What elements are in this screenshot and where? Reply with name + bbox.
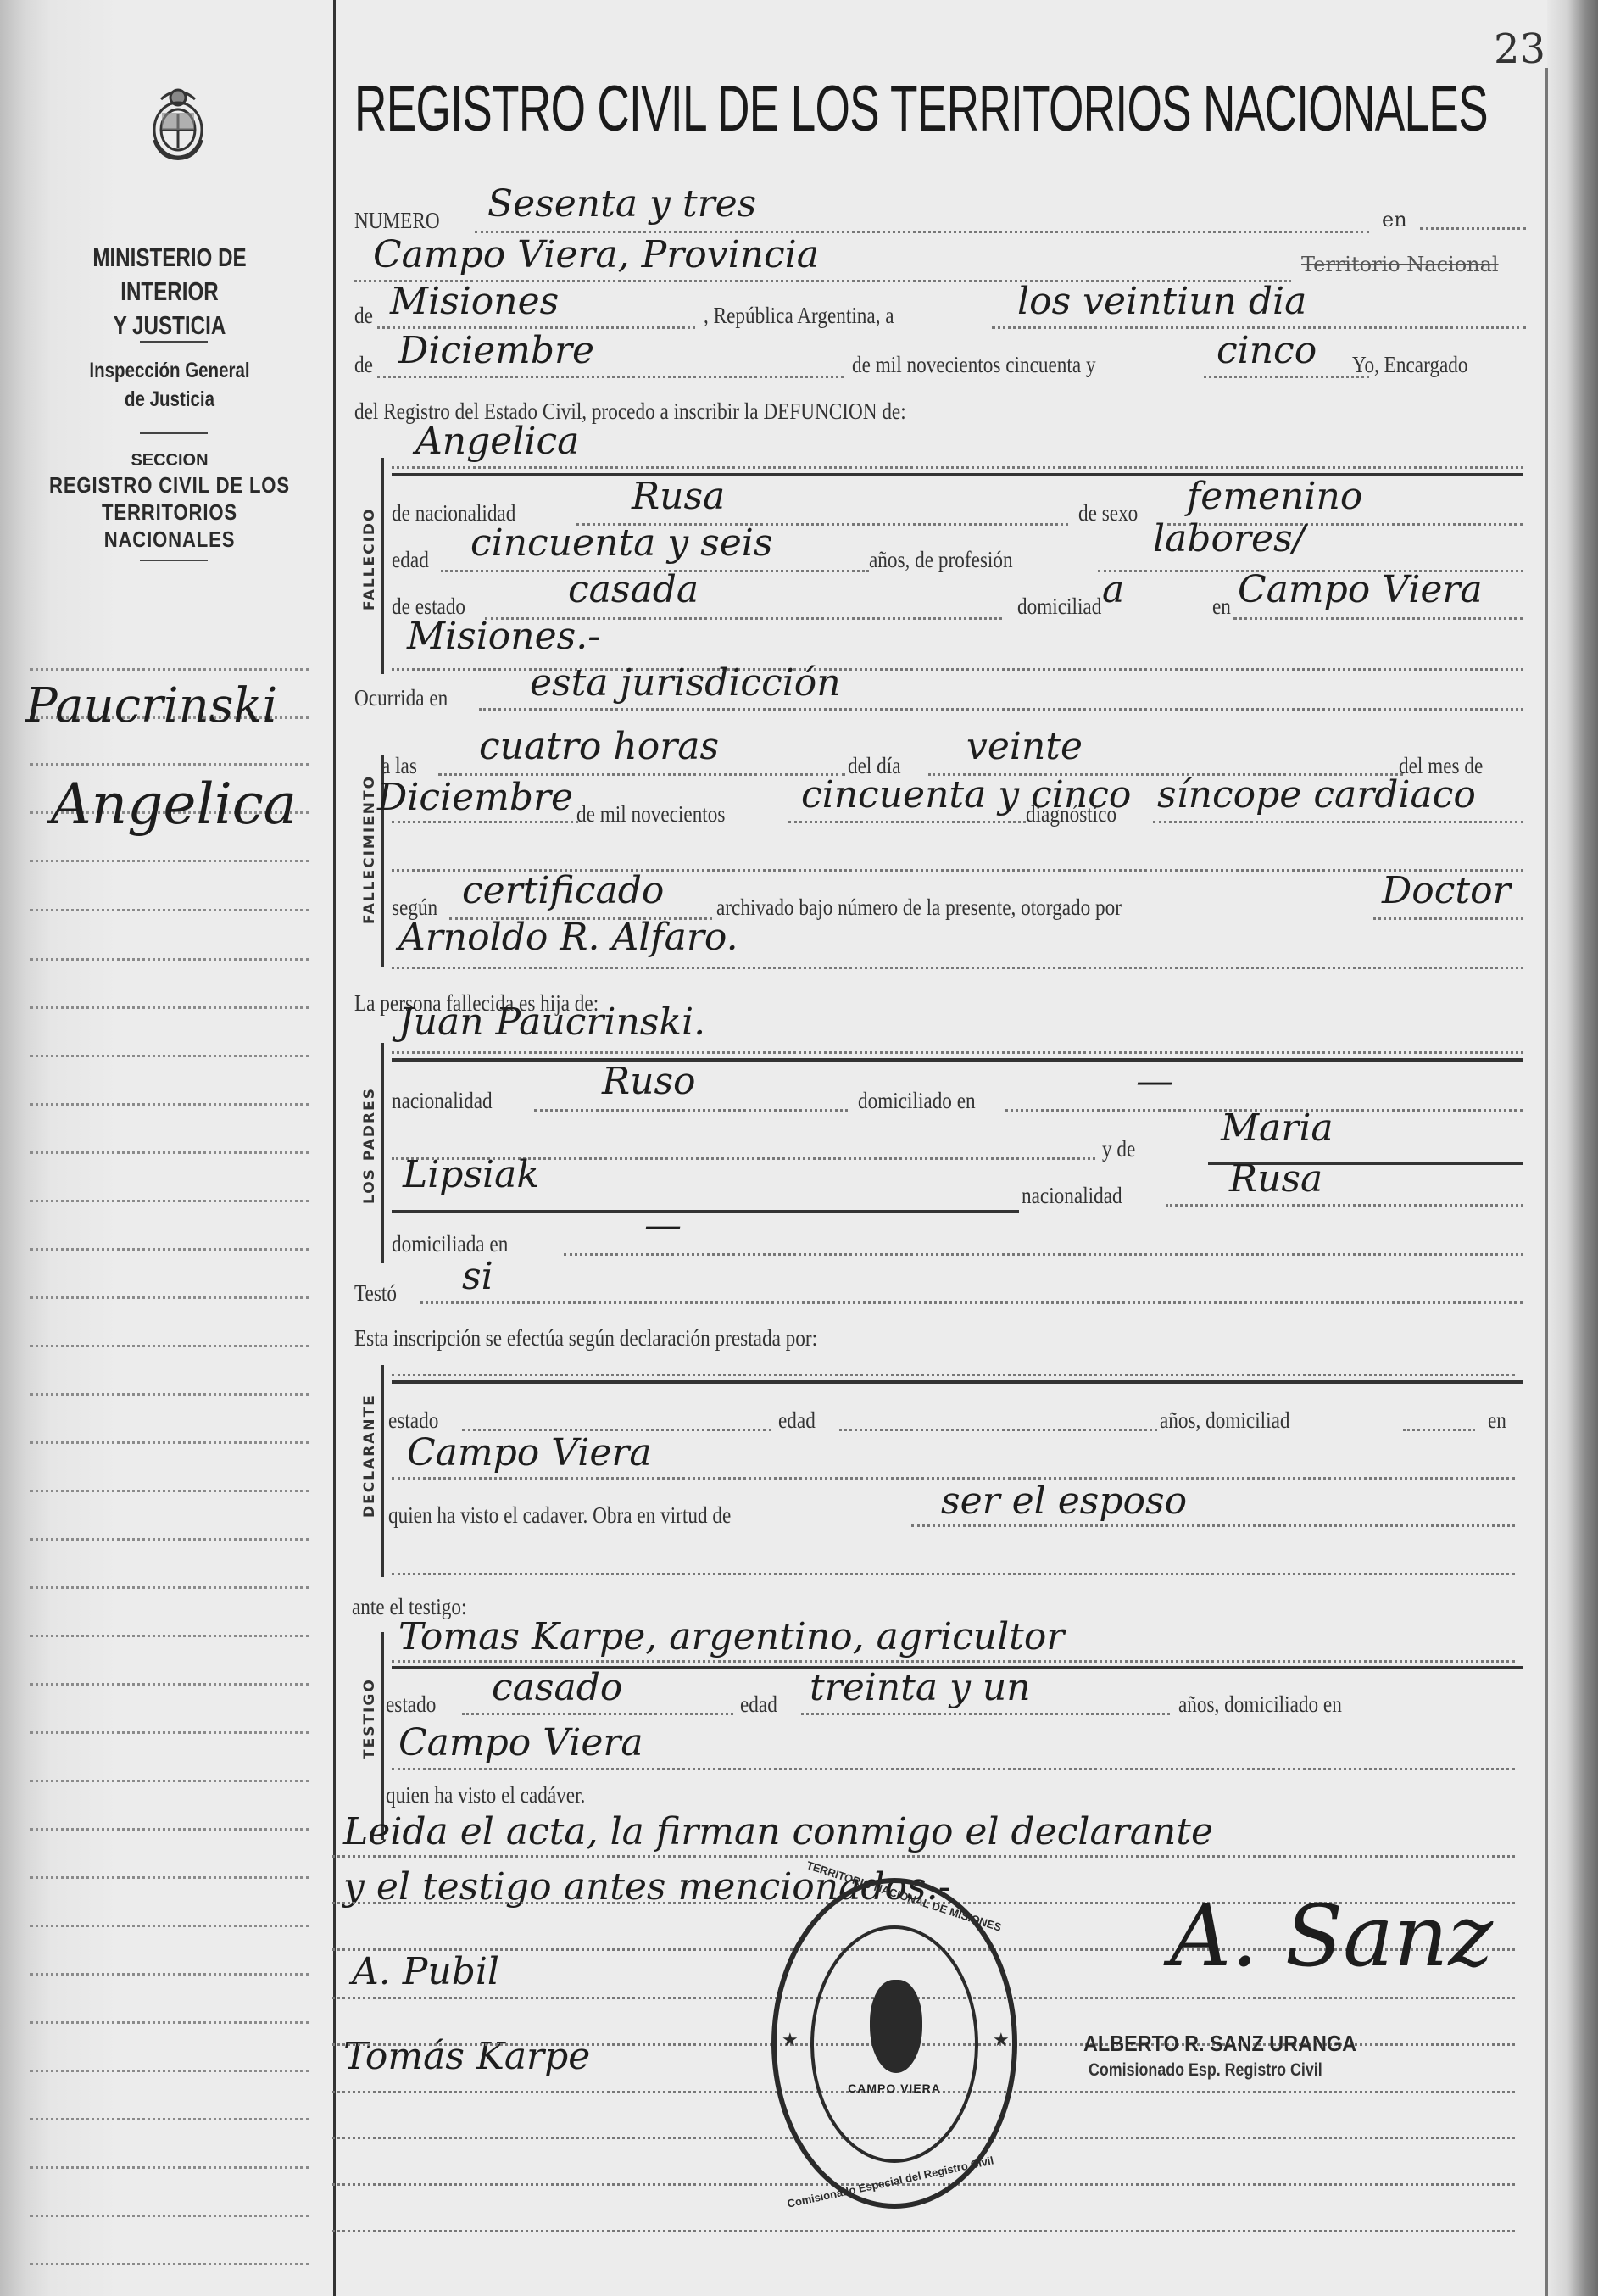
label-estado-testigo: estado <box>386 1691 436 1718</box>
value-domicilio-cont: Misiones.- <box>407 615 600 658</box>
margin-dotted-line <box>30 1248 309 1251</box>
margin-dotted-line <box>30 2021 309 2024</box>
seal-inner-ring: CAMPO VIERA <box>810 1925 978 2163</box>
value-madre-nacionalidad: Rusa <box>1229 1157 1322 1201</box>
ministry-line-2: Y JUSTICIA <box>57 309 281 343</box>
label-de-mil-novecientos: de mil novecientos <box>576 801 725 828</box>
value-anio: cinco <box>1217 329 1317 372</box>
value-cierre-1: Leida el acta, la firman conmigo el decl… <box>343 1810 1213 1853</box>
value-estado: casada <box>568 568 699 611</box>
label-edad-declarante: edad <box>778 1407 816 1434</box>
value-segun: certificado <box>462 869 664 912</box>
bracket <box>381 1043 384 1263</box>
signature-declarante: A. Pubil <box>352 1950 499 1993</box>
value-madre-domicilio: — <box>644 1204 682 1247</box>
field-line <box>420 1301 1523 1304</box>
label-diagnostico: diagnóstico <box>1026 801 1116 828</box>
label-anos-domiciliado-en: años, domiciliado en <box>1178 1691 1342 1718</box>
field-line <box>392 1573 1515 1575</box>
field-line <box>392 967 1523 969</box>
margin-dotted-line <box>30 1635 309 1637</box>
page-number: 23 <box>1494 25 1545 73</box>
margin-dotted-line <box>30 2070 309 2072</box>
margin-dotted-line <box>30 1538 309 1541</box>
margin-surname: Paucrinski <box>25 678 277 733</box>
field-line <box>839 1429 1157 1431</box>
death-certificate-page: MINISTERIO DE INTERIOR Y JUSTICIA Inspec… <box>0 0 1598 2296</box>
field-line <box>332 1855 1515 1858</box>
margin-dotted-line <box>30 1973 309 1976</box>
section-line-1: REGISTRO CIVIL DE LOS <box>47 471 292 499</box>
margin-dotted-line <box>30 2166 309 2169</box>
bracket <box>381 1365 384 1577</box>
label-anos-domiciliad: años, domiciliad <box>1160 1407 1289 1434</box>
label-en: en <box>1382 208 1407 231</box>
value-obra-en-virtud: ser el esposo <box>941 1480 1187 1523</box>
section-label: SECCION <box>25 449 314 471</box>
section-label-fallecimiento: FALLECIMIENTO <box>361 775 378 924</box>
label-estado-declarante: estado <box>388 1407 438 1434</box>
label-de-mil: de mil novecientos cincuenta y <box>852 352 1096 378</box>
margin-dotted-line <box>30 909 309 911</box>
value-nombre-fallecido: Angelica <box>415 420 579 463</box>
value-padre: Juan Paucrinski. <box>398 1000 705 1044</box>
margin-dotted-line <box>30 1055 309 1057</box>
margin-dotted-line <box>30 763 309 766</box>
field-line <box>534 1109 848 1112</box>
form-title: REGISTRO CIVIL DE LOS TERRITORIOS NACION… <box>354 72 1488 146</box>
margin-dotted-line <box>30 1828 309 1831</box>
value-ocurrida-en: esta jurisdicción <box>530 661 841 705</box>
value-provincia: Misiones <box>390 280 559 323</box>
label-archivado: archivado bajo número de la presente, ot… <box>716 894 1122 921</box>
value-otorgado-por: Doctor <box>1382 869 1511 912</box>
label-numero: NUMERO <box>354 208 440 234</box>
value-declarante-domicilio: Campo Viera <box>407 1431 652 1474</box>
column-divider-rule <box>333 0 336 2296</box>
label-anos-profesion: años, de profesión <box>869 547 1013 573</box>
label-y-de: y de <box>1102 1136 1135 1162</box>
margin-dotted-line <box>30 2118 309 2120</box>
value-profesion: labores/ <box>1153 517 1305 560</box>
field-line <box>392 821 578 823</box>
right-margin-rule <box>1545 68 1548 2296</box>
value-domiciliad-suffix: a <box>1102 568 1124 611</box>
label-nacionalidad-padre: nacionalidad <box>392 1088 493 1114</box>
field-line <box>462 1713 733 1715</box>
field-line <box>479 708 1523 711</box>
label-declaracion: Esta inscripción se efectúa según declar… <box>354 1325 817 1351</box>
margin-dotted-line <box>30 1103 309 1106</box>
label-yo-encargado: Yo, Encargado <box>1352 352 1468 378</box>
margin-dotted-line <box>30 1006 309 1009</box>
field-line <box>392 1660 1515 1663</box>
section-line-2: TERRITORIOS NACIONALES <box>47 499 292 553</box>
official-name: ALBERTO R. SANZ URANGA <box>1083 2031 1356 2057</box>
official-signature: A. Sanz <box>1170 1886 1493 1986</box>
field-line <box>1233 617 1523 620</box>
margin-dotted-line <box>30 1296 309 1299</box>
seal-coat-of-arms-icon <box>870 1980 922 2073</box>
label-quien-visto: quien ha visto el cadáver. <box>386 1782 585 1808</box>
field-line <box>1166 1204 1523 1207</box>
inspection-line-2: de Justicia <box>52 385 288 414</box>
margin-dotted-line <box>30 1151 309 1154</box>
value-dia-fallecimiento: veinte <box>966 725 1083 768</box>
margin-dotted-line <box>30 1876 309 1879</box>
value-dia: los veintiun dia <box>1017 280 1306 323</box>
value-madre: Maria <box>1221 1106 1334 1150</box>
section-label-fallecido: FALLECIDO <box>361 508 378 610</box>
field-line <box>788 821 1026 823</box>
margin-dotted-line <box>30 860 309 862</box>
field-line <box>1403 1429 1475 1431</box>
value-domicilio: Campo Viera <box>1238 568 1483 611</box>
field-solid-line <box>392 1058 1523 1062</box>
label-en-declarante: en <box>1488 1407 1506 1434</box>
bracket <box>381 458 384 674</box>
value-padre-nacionalidad: Ruso <box>602 1060 696 1103</box>
divider <box>140 432 208 434</box>
field-line <box>911 1524 1515 1527</box>
field-line <box>392 1768 1515 1770</box>
value-padre-domicilio: — <box>1136 1060 1173 1103</box>
label-quien-obra: quien ha visto el cadaver. Obra en virtu… <box>388 1502 731 1529</box>
field-solid-line <box>392 1380 1523 1384</box>
field-line <box>392 466 1523 469</box>
value-hora: cuatro horas <box>479 725 719 768</box>
margin-dotted-line <box>30 1393 309 1396</box>
margin-given-name: Angelica <box>51 772 297 837</box>
official-title: Comisionado Esp. Registro Civil <box>1089 2060 1322 2081</box>
ministry-line-1: MINISTERIO DE INTERIOR <box>57 241 281 309</box>
label-domiciliad: domiciliad <box>1017 594 1101 620</box>
inspection-line-1: Inspección General <box>52 356 288 385</box>
margin-dotted-line <box>30 1490 309 1492</box>
label-en: en <box>1212 594 1231 620</box>
field-line <box>1420 227 1526 230</box>
field-line <box>1204 376 1369 378</box>
value-testigo-edad: treinta y un <box>810 1666 1031 1709</box>
divider <box>140 560 208 561</box>
label-domiciliado-en: domiciliado en <box>858 1088 976 1114</box>
margin-dotted-line <box>30 1345 309 1347</box>
seal-center-text: CAMPO VIERA <box>814 2081 975 2095</box>
label-de: de <box>354 352 373 378</box>
field-line <box>801 1713 1170 1715</box>
label-sexo: de sexo <box>1078 500 1138 527</box>
value-lugar: Campo Viera, Provincia <box>373 233 819 276</box>
margin-dotted-line <box>30 1200 309 1202</box>
margin-dotted-line <box>30 1586 309 1589</box>
official-seal-stamp: CAMPO VIERA TERRITORIO NACIONAL DE MISIO… <box>771 1878 1017 2209</box>
inspection-heading: Inspección General de Justicia <box>52 356 288 414</box>
field-line <box>1373 917 1523 920</box>
label-nacionalidad-madre: nacionalidad <box>1022 1183 1122 1209</box>
section-label-declarante: DECLARANTE <box>361 1394 378 1518</box>
argentine-coat-of-arms-icon <box>136 81 220 165</box>
label-testo: Testó <box>354 1280 397 1307</box>
field-line <box>392 1374 1515 1376</box>
ministry-heading: MINISTERIO DE INTERIOR Y JUSTICIA <box>57 241 281 343</box>
value-nacionalidad: Rusa <box>632 475 725 518</box>
margin-dotted-line <box>30 1731 309 1734</box>
label-territorio-struck: Territorio Nacional <box>1301 253 1499 276</box>
signature-testigo: Tomás Karpe <box>343 2035 590 2078</box>
label-domiciliada-en: domiciliada en <box>392 1231 508 1257</box>
label-republica: , República Argentina, a <box>704 303 894 329</box>
value-mes: Diciembre <box>398 329 594 372</box>
label-edad: edad <box>392 547 429 573</box>
margin-dotted-line <box>30 1441 309 1444</box>
field-line <box>564 1253 1523 1256</box>
star-icon: ★ <box>782 2029 799 2051</box>
field-solid-line <box>392 1210 1019 1213</box>
field-line <box>332 2230 1515 2232</box>
value-madre-apellido: Lipsiak <box>403 1153 539 1196</box>
value-diagnostico: síncope cardiaco <box>1157 773 1476 816</box>
value-testigo-nombre: Tomas Karpe, argentino, agricultor <box>398 1615 1064 1658</box>
value-testigo-domicilio: Campo Viera <box>398 1721 643 1764</box>
star-icon: ★ <box>993 2029 1010 2051</box>
divider <box>140 341 208 343</box>
field-line <box>377 376 844 378</box>
value-edad: cincuenta y seis <box>470 521 772 565</box>
left-margin-column: MINISTERIO DE INTERIOR Y JUSTICIA Inspec… <box>0 0 333 2296</box>
margin-dotted-line <box>30 2263 309 2265</box>
value-mes-fallecimiento: Diciembre <box>377 776 573 819</box>
label-de: de <box>354 303 373 329</box>
label-edad-testigo: edad <box>740 1691 777 1718</box>
margin-dotted-line <box>30 2215 309 2217</box>
section-heading: REGISTRO CIVIL DE LOS TERRITORIOS NACION… <box>47 471 292 553</box>
field-line <box>1153 821 1523 823</box>
margin-dotted-line <box>30 958 309 961</box>
section-label-testigo: TESTIGO <box>361 1678 378 1759</box>
label-ocurrida-en: Ocurrida en <box>354 685 448 711</box>
value-doctor-nombre: Arnoldo R. Alfaro. <box>398 916 738 959</box>
margin-dotted-line <box>30 668 309 671</box>
value-testo: si <box>462 1255 493 1298</box>
section-label-los-padres: LOS PADRES <box>361 1087 378 1204</box>
value-testigo-estado: casado <box>492 1666 622 1709</box>
margin-dotted-line <box>30 1925 309 1927</box>
value-numero: Sesenta y tres <box>487 182 756 226</box>
book-edge-shadow <box>1547 0 1598 2296</box>
value-sexo: femenino <box>1187 475 1362 518</box>
margin-dotted-line <box>30 1683 309 1686</box>
margin-dotted-line <box>30 1780 309 1782</box>
bracket <box>381 1632 384 1840</box>
field-line <box>392 1051 1523 1054</box>
